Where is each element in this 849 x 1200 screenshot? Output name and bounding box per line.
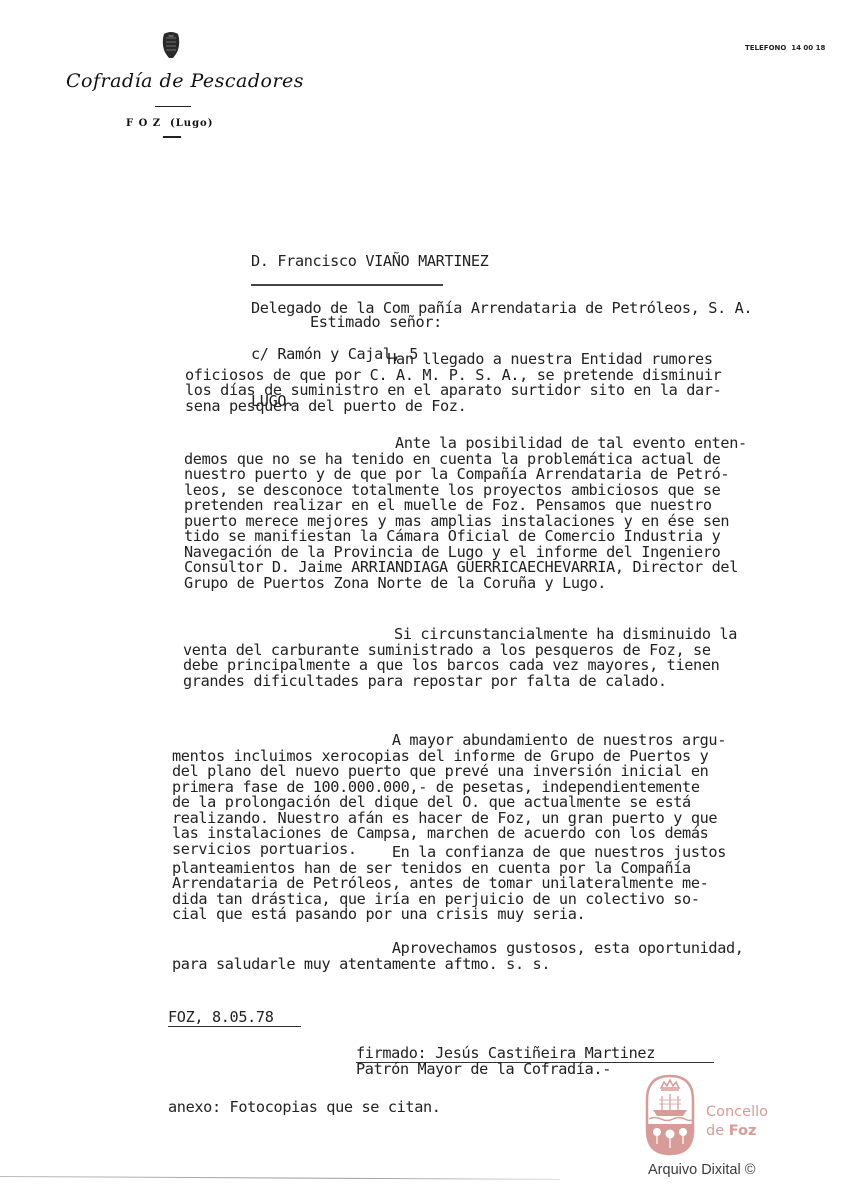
paragraph-line: sena pesquera del puerto de Foz. — [185, 399, 721, 415]
body-paragraph: Ante la posibilidad de tal evento enten-… — [184, 436, 747, 591]
salutation: Estimado señor: — [310, 315, 442, 331]
paragraph-line: para saludarle muy atentamente aftmo. s.… — [172, 957, 744, 973]
concello-foz-emblem-icon — [645, 1074, 695, 1156]
paragraph-line: cial que está pasando por una crisis muy… — [172, 907, 726, 923]
addressee-underline — [251, 284, 443, 286]
annex-note: anexo: Fotocopias que se citan. — [168, 1100, 441, 1116]
watermark-line1: Concello — [706, 1104, 768, 1120]
phone-number: TELEFONO 14 00 18 — [745, 44, 825, 52]
body-paragraph: Si circunstancialmente ha disminuido lav… — [183, 627, 737, 689]
organization-place: F O Z (Lugo) — [126, 118, 213, 129]
body-paragraph: Aprovechamos gustosos, esta oportunidad,… — [172, 941, 744, 972]
paragraph-line: grandes dificultades para repostar por f… — [183, 674, 737, 690]
letter-date: FOZ, 8.05.78 — [168, 1010, 274, 1026]
watermark-line2-prefix: de — [706, 1123, 729, 1139]
letterhead-divider-short — [163, 136, 181, 138]
paragraph-line: Grupo de Puertos Zona Norte de la Coruña… — [184, 576, 747, 592]
letterhead-divider — [155, 106, 191, 107]
body-paragraph: En la confianza de que nuestros justospl… — [172, 845, 726, 923]
organization-name: Cofradía de Pescadores — [66, 70, 304, 92]
scan-page-edge — [0, 1176, 560, 1180]
addressee-name: D. Francisco VIAÑO MARTINEZ — [251, 254, 752, 270]
watermark-archive-label: Arquivo Dixital © — [648, 1162, 755, 1178]
body-paragraph: Han llegado a nuestra Entidad rumoresofi… — [185, 352, 721, 414]
body-paragraph: A mayor abundamiento de nuestros argu-me… — [172, 733, 726, 857]
signer-title: Patrón Mayor de la Cofradía.- — [356, 1062, 611, 1078]
date-underline — [168, 1026, 301, 1027]
watermark-concello-foz: Concello de Foz — [706, 1103, 768, 1141]
watermark-line2-bold: Foz — [729, 1123, 757, 1139]
coat-of-arms-icon — [160, 30, 182, 60]
